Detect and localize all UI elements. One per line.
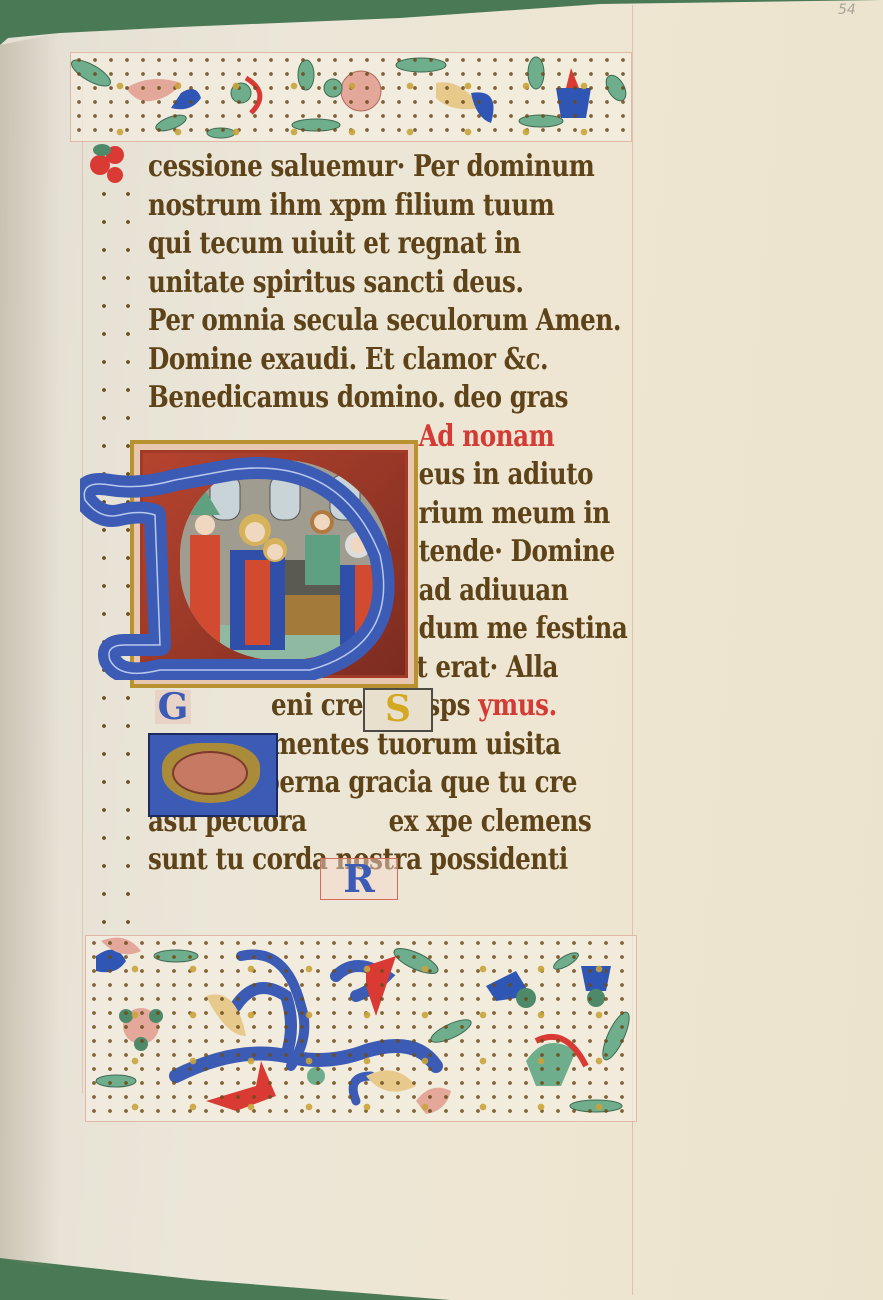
gold-dots xyxy=(86,936,636,1121)
text-line: cessione saluemur· Per dominum xyxy=(148,148,550,187)
text-line: Domine exaudi. Et clamor &c. xyxy=(148,341,550,380)
initial-v xyxy=(148,733,278,817)
gold-dots xyxy=(71,53,631,141)
initial-v-gold xyxy=(162,743,260,803)
gutter-shadow xyxy=(0,0,60,1300)
initial-v-red-infill xyxy=(172,751,248,795)
bottom-floral-border xyxy=(85,935,637,1122)
rex-text-after: ex xpe clemens xyxy=(389,804,592,839)
rubric-hymn: ymus. xyxy=(478,688,557,723)
initial-g: G xyxy=(155,690,191,724)
text-line: unitate spiritus sancti deus. xyxy=(148,264,550,303)
folio-number: 54 xyxy=(838,2,856,18)
text-line: Benedicamus domino. deo gras xyxy=(148,379,550,418)
initial-r: R xyxy=(320,858,398,900)
top-floral-border xyxy=(70,52,632,142)
hymn-line: eni creator sps ymus. xyxy=(148,687,550,726)
text-line: Per omnia secula seculorum Amen. xyxy=(148,302,550,341)
text-line: qui tecum uiuit et regnat in xyxy=(148,225,550,264)
letter-d-glyph-icon xyxy=(80,445,410,680)
historiated-initial-d xyxy=(80,435,415,685)
text-line: nostrum ihm xpm filium tuum xyxy=(148,187,550,226)
initial-s: S xyxy=(363,688,433,732)
